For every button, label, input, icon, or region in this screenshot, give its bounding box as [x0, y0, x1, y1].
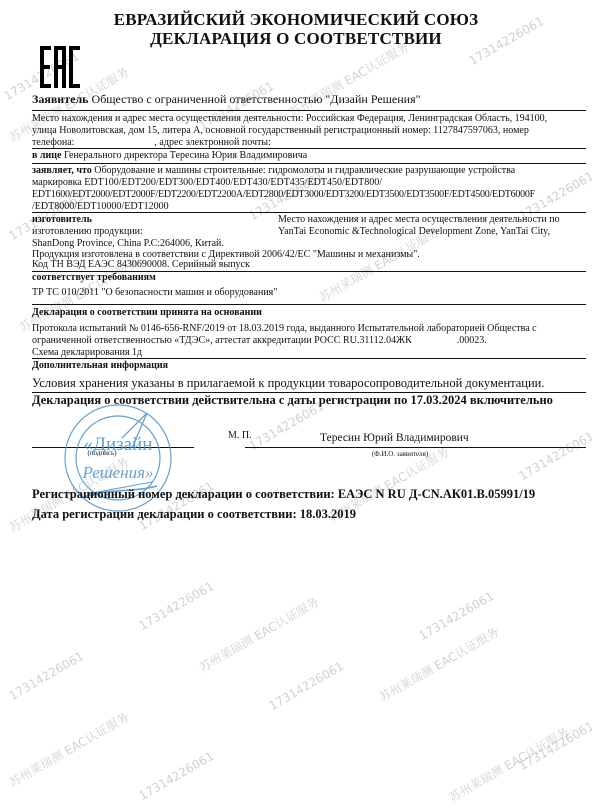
additional-label: Дополнительная информация — [32, 360, 168, 373]
svg-text:Решения»: Решения» — [81, 463, 153, 482]
divider — [32, 304, 586, 305]
manufacturer-right-2: YanTai Economic &Technological Developme… — [278, 226, 550, 239]
header-declaration: ДЕКЛАРАЦИЯ О СООТВЕТСТВИИ — [0, 29, 592, 48]
name-line — [245, 447, 586, 448]
basis-label: Декларация о соответствии принята на осн… — [32, 307, 262, 320]
product-description: Оборудование и машины строительные: гидр… — [94, 165, 515, 176]
manufacturer-label: изготовитель — [32, 214, 92, 227]
applicant-value: Общество с ограниченной ответственностью… — [92, 92, 421, 106]
basis-line-2: ограниченной ответственностью «ТДЭС», ат… — [32, 335, 487, 348]
email-label: , адрес электронной почты: — [154, 137, 270, 148]
manufacturer-line-5: Код ТН ВЭД ЕАЭС 8430690008. Серийный вып… — [32, 259, 250, 272]
representative-row: в лице Генерального директора Тересина Ю… — [32, 150, 307, 163]
accreditation-suffix: .00023. — [457, 335, 487, 346]
applicant-row: Заявитель Общество с ограниченной ответс… — [32, 93, 421, 106]
address-line-1: Место нахождения и адрес места осуществл… — [32, 113, 547, 126]
basis-line-1: Протокола испытаний № 0146-656-RNF/2019 … — [32, 323, 537, 336]
registration-date: Дата регистрации декларации о соответств… — [32, 508, 356, 521]
divider — [32, 110, 586, 111]
representative-value: Генерального директора Тересина Юрия Вла… — [64, 150, 307, 161]
manufacturer-left-2: изготовлению продукции: — [32, 226, 143, 239]
declares-label: заявляет, что — [32, 165, 92, 176]
watermark-text: 17314226061 — [247, 399, 327, 453]
watermark-text: 17314226061 — [417, 589, 497, 643]
representative-label: в лице — [32, 150, 61, 161]
watermark-text: 苏州莱瑞测 EAC认证服务 — [286, 38, 412, 121]
watermark-text: 苏州莱瑞测 EAC认证服务 — [446, 723, 572, 806]
accreditation-text: ограниченной ответственностью «ТДЭС», ат… — [32, 335, 412, 346]
conforms-label: соответствует требованиям — [32, 272, 156, 285]
manufacturer-right-1: Место нахождения и адрес места осуществл… — [278, 214, 560, 227]
mp-label: М. П. — [228, 430, 252, 443]
phone-label: телефона: — [32, 137, 74, 148]
watermark-text: 17314226061 — [517, 719, 592, 773]
header-union: ЕВРАЗИЙСКИЙ ЭКОНОМИЧЕСКИЙ СОЮЗ — [0, 10, 592, 29]
eac-logo-icon — [40, 46, 80, 88]
applicant-label: Заявитель — [32, 92, 89, 106]
watermark-text: 苏州莱瑞测 EAC认证服务 — [376, 623, 502, 706]
additional-value: Условия хранения указаны в прилагаемой к… — [32, 377, 545, 390]
watermark-text: 苏州莱瑞测 EAC认证服务 — [6, 708, 132, 791]
name-caption: (Ф.И.О. заявителя) — [350, 450, 450, 458]
signer-name: Тересин Юрий Владимирович — [320, 432, 469, 445]
watermark-text: 苏州莱瑞测 EAC认证服务 — [196, 593, 322, 676]
declares-line-3: EDT1600/EDT2000/EDT2000F/EDT2200/EDT2200… — [32, 189, 535, 202]
watermark-text: 17314226061 — [137, 749, 217, 803]
address-line-2: улица Новолитовская, дом 15, литера А, о… — [32, 125, 529, 138]
watermark-text: 17314226061 — [267, 659, 347, 713]
watermark-text: 17314226061 — [517, 429, 592, 483]
declares-line-1: заявляет, что Оборудование и машины стро… — [32, 165, 515, 178]
declares-line-2: маркировка EDT100/EDT200/EDT300/EDT400/E… — [32, 177, 382, 190]
registration-number: Регистрационный номер декларации о соотв… — [32, 488, 535, 501]
svg-text:«Дизайн: «Дизайн — [84, 434, 153, 455]
conforms-value: ТР ТС 010/2011 "О безопасности машин и о… — [32, 287, 277, 300]
declaration-page: 17314226061苏州莱瑞测 EAC认证服务17314226061苏州莱瑞测… — [0, 0, 592, 808]
watermark-text: 17314226061 — [7, 649, 87, 703]
watermark-text: 17314226061 — [137, 579, 217, 633]
